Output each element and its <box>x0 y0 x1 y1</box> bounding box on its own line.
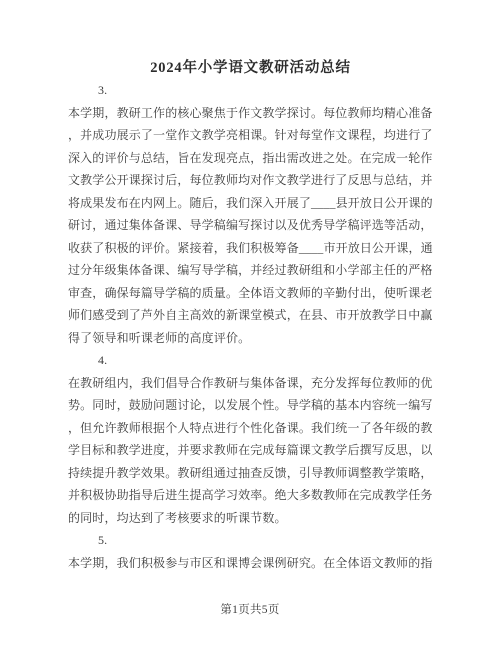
page-number: 第1页共5页 <box>0 601 500 617</box>
paragraph-line: 过分年级集体备课、编写导学稿，并经过教研组和小学部主任的严格 <box>68 259 433 282</box>
paragraph-line: 并积极协助指导后进生提高学习效率。绝大多数教师在完成教学任务 <box>68 484 433 507</box>
paragraph-line: 深入的评价与总结，旨在发现亮点，指出需改进之处。在完成一轮作 <box>68 147 433 170</box>
paragraph-line: 师们感受到了芦外自主高效的新课堂模式，在县、市开放教学日中赢 <box>68 304 433 327</box>
paragraph-line: 将成果发布在内网上。随后，我们深入开展了____县开放日公开课的 <box>68 192 433 215</box>
paragraph-line: 本学期，教研工作的核心聚焦于作文教学探讨。每位教师均精心准备 <box>68 102 433 125</box>
paragraph-line: 在教研组内，我们倡导合作教研与集体备课，充分发挥每位教师的优 <box>68 372 433 395</box>
paragraph-line: 文教学公开课探讨后，每位教师均对作文教学进行了反思与总结，并 <box>68 169 433 192</box>
paragraph-line: 学目标和教学进度，并要求教师在完成每篇课文教学后撰写反思，以 <box>68 439 433 462</box>
paragraph-line: 势。同时，鼓励问题讨论，以发展个性。导学稿的基本内容统一编写 <box>68 394 433 417</box>
paragraph-line: 得了领导和听课老师的高度评价。 <box>68 327 433 350</box>
paragraph-line: 审查，确保每篇导学稿的质量。全体语文教师的辛勤付出，使听课老 <box>68 282 433 305</box>
section-number: 5. <box>68 529 433 552</box>
section-number: 3. <box>68 79 433 102</box>
paragraph-line: 持续提升教学效果。教研组通过抽查反馈，引导教师调整教学策略， <box>68 462 433 485</box>
document-page: 2024年小学语文教研活动总结 3. 本学期，教研工作的核心聚焦于作文教学探讨。… <box>0 0 500 647</box>
section-number: 4. <box>68 349 433 372</box>
paragraph-line: 本学期，我们积极参与市区和课博会课例研究。在全体语文教师的指 <box>68 552 433 575</box>
paragraph-line: 研讨，通过集体备课、导学稿编写探讨以及优秀导学稿评选等活动， <box>68 214 433 237</box>
paragraph-line: 收获了积极的评价。紧接着，我们积极筹备____市开放日公开课，通 <box>68 237 433 260</box>
paragraph-line: ，但允许教师根据个人特点进行个性化备课。我们统一了各年级的教 <box>68 417 433 440</box>
document-title: 2024年小学语文教研活动总结 <box>68 57 433 79</box>
paragraph-line: ，并成功展示了一堂作文教学亮相课。针对每堂作文课程，均进行了 <box>68 124 433 147</box>
paragraph-line: 的同时，均达到了考核要求的听课节数。 <box>68 507 433 530</box>
document-content: 2024年小学语文教研活动总结 3. 本学期，教研工作的核心聚焦于作文教学探讨。… <box>68 57 433 574</box>
